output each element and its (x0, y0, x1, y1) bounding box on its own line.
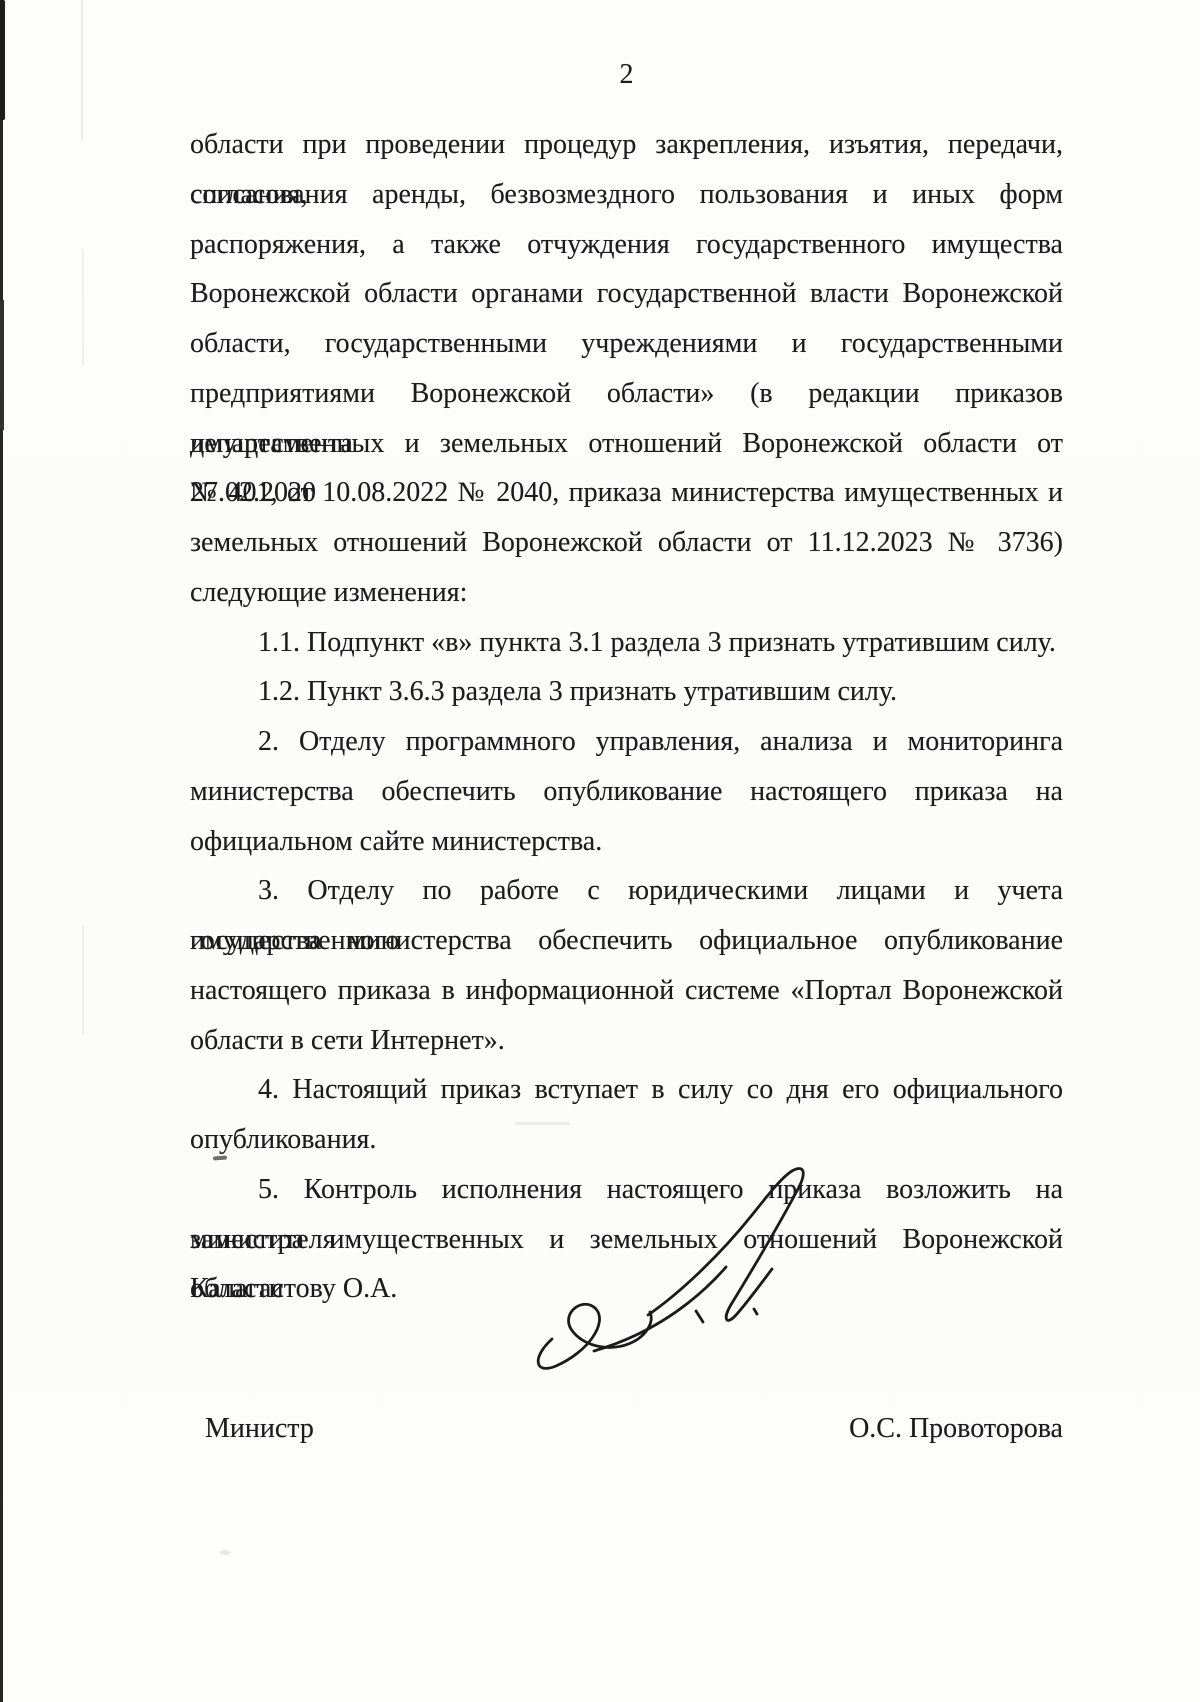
text-line: области при проведении процедур закрепле… (190, 120, 1063, 170)
page-number: 2 (190, 58, 1063, 92)
text-line: 1.2. Пункт 3.6.3 раздела 3 признать утра… (190, 667, 1063, 717)
text-line: 1.1. Подпункт «в» пункта 3.1 раздела 3 п… (190, 618, 1063, 668)
text-line: № 401, от 10.08.2022 № 2040, приказа мин… (190, 468, 1063, 518)
text-line: 3. Отделу по работе с юридическими лицам… (190, 866, 1063, 916)
signature-role-label: Министр (205, 1412, 314, 1446)
scan-edge-blob (0, 0, 5, 120)
text-line: земельных отношений Воронежской области … (190, 518, 1063, 568)
scan-smudge (220, 1550, 230, 1555)
text-line: области, государственными учреждениями и… (190, 319, 1063, 369)
text-line: 4. Настоящий приказ вступает в силу со д… (190, 1065, 1063, 1115)
scan-faint-line (82, 250, 84, 365)
text-line: имущества министерства обеспечить официа… (190, 916, 1063, 966)
text-line: министерства обеспечить опубликование на… (190, 767, 1063, 817)
text-line: 2. Отделу программного управления, анали… (190, 717, 1063, 767)
text-line: имущественных и земельных отношений Воро… (190, 419, 1063, 469)
scan-edge-blob (0, 300, 4, 430)
text-line: Воронежской области органами государстве… (190, 269, 1063, 319)
signature-name-label: О.С. Провоторова (849, 1412, 1063, 1446)
scan-edge-line (0, 0, 3, 1702)
scanned-document-page: 2 области при проведении процедур закреп… (0, 0, 1200, 1702)
text-line: области в сети Интернет». (190, 1016, 1063, 1066)
text-line: настоящего приказа в информационной сист… (190, 966, 1063, 1016)
text-line: следующие изменения: (190, 568, 1063, 618)
text-line: официальном сайте министерства. (190, 817, 1063, 867)
scan-faint-line (81, 0, 83, 140)
scan-faint-line (82, 925, 84, 1035)
text-line: предприятиями Воронежской области» (в ре… (190, 369, 1063, 419)
document-body: области при проведении процедур закрепле… (190, 120, 1063, 1314)
text-line: распоряжения, а также отчуждения государ… (190, 220, 1063, 270)
signature-scribble-icon (530, 1163, 830, 1378)
text-line: согласования аренды, безвозмездного поль… (190, 170, 1063, 220)
text-line: опубликования. (190, 1115, 1063, 1165)
